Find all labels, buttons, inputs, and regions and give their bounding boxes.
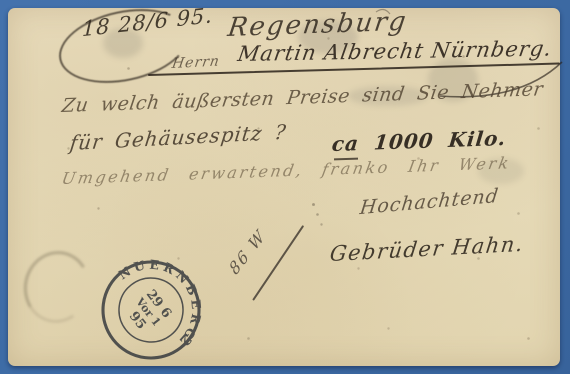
handwritten-city: Regensburg xyxy=(226,7,410,43)
paper-speckles xyxy=(8,8,9,9)
recipient-prefix: Herrn xyxy=(171,53,221,72)
postmark-stamp: NUERNBERG 2 29 6 Vor 1 95 xyxy=(95,254,207,366)
scanned-postcard-photo: 18 28/6 95. Regensburg Herrn Martin Albr… xyxy=(0,0,570,374)
